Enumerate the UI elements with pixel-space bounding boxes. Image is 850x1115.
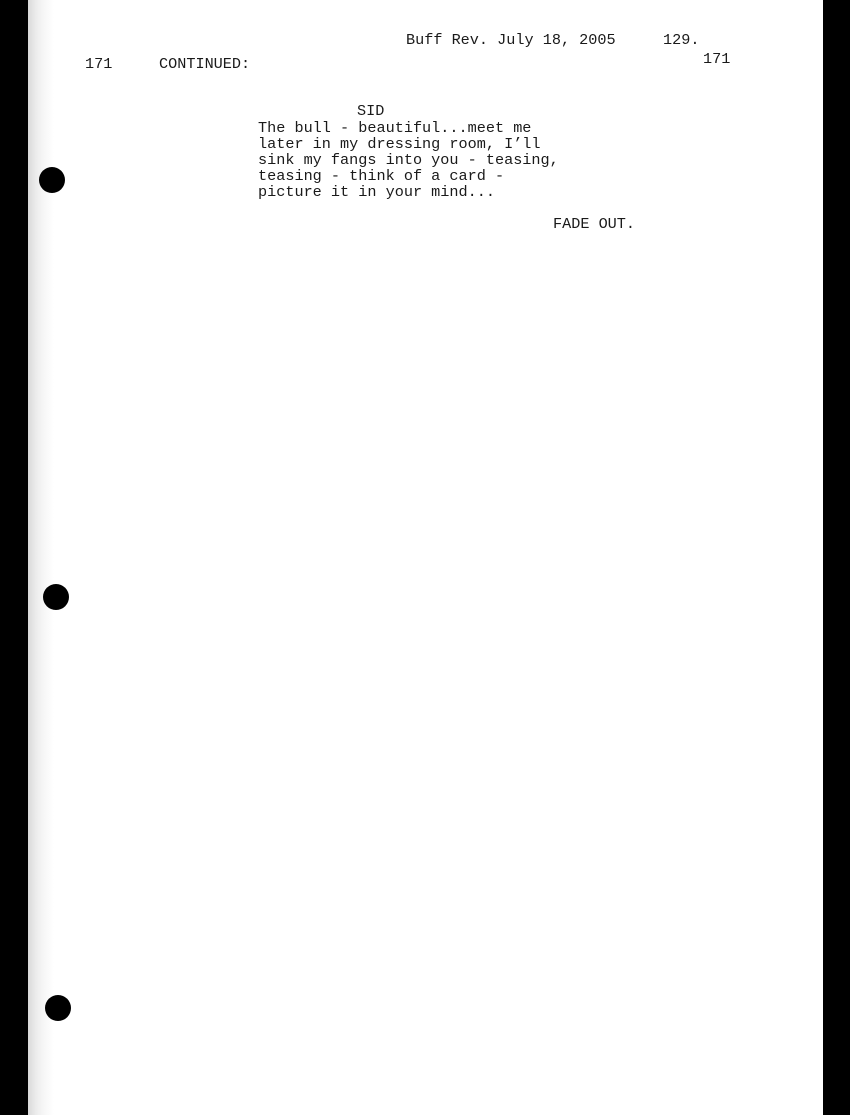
scene-number-left: 171 (85, 56, 112, 72)
dialogue-line: teasing - think of a card - (258, 168, 504, 184)
continued-label: CONTINUED: (159, 56, 250, 72)
character-name: SID (357, 103, 384, 119)
dialogue-line: sink my fangs into you - teasing, (258, 152, 559, 168)
scene-number-right: 171 (703, 51, 730, 67)
binder-hole-bottom (45, 995, 71, 1021)
transition: FADE OUT. (553, 216, 635, 232)
dialogue-line: The bull - beautiful...meet me (258, 120, 531, 136)
dialogue-line: later in my dressing room, I’ll (258, 136, 541, 152)
binder-hole-top (39, 167, 65, 193)
revision-header: Buff Rev. July 18, 2005 (406, 32, 616, 48)
dialogue-line: picture it in your mind... (258, 184, 495, 200)
page-number: 129. (663, 32, 699, 48)
binder-hole-middle (43, 584, 69, 610)
